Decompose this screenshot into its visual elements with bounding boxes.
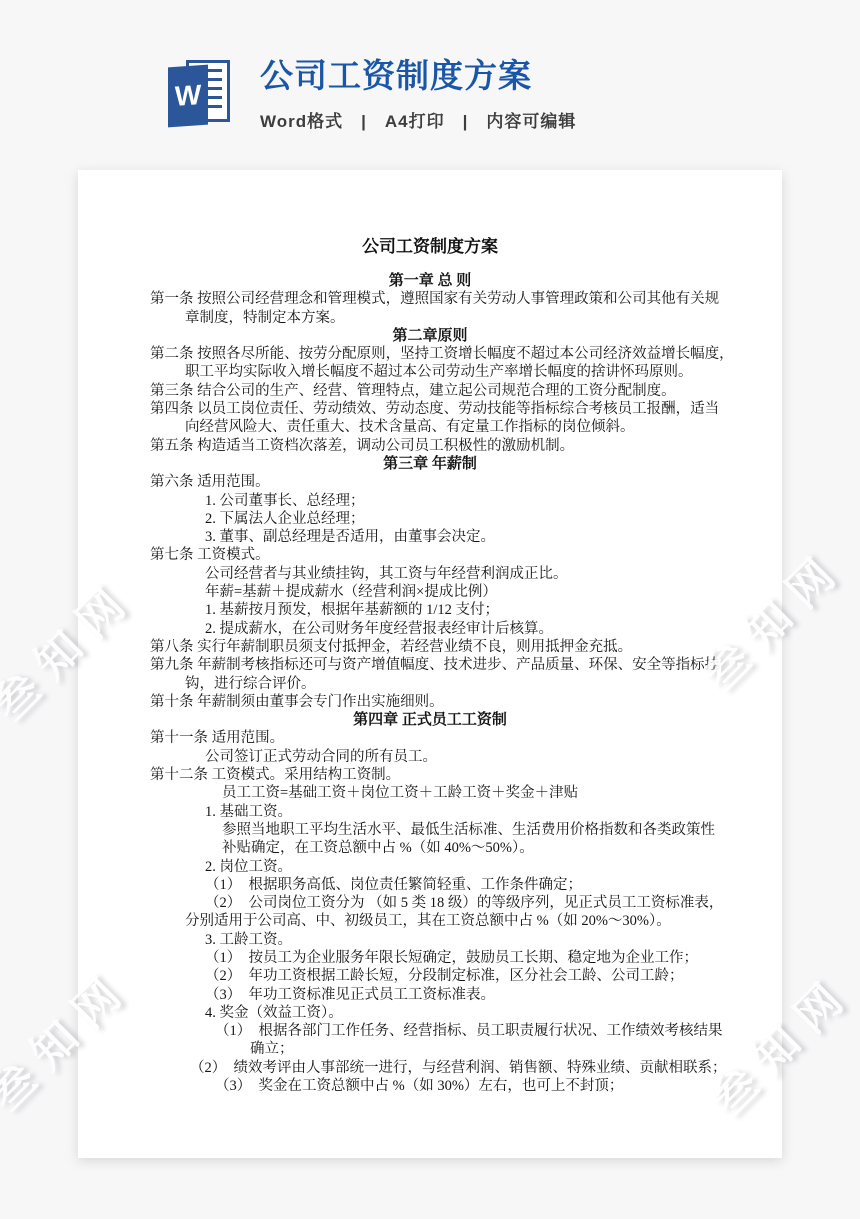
doc-line: 确立； xyxy=(250,1040,782,1058)
doc-line: 2. 下属法人企业总经理； xyxy=(205,510,782,528)
doc-line: 1. 基薪按月预发，根据年基薪额的 1/12 支付； xyxy=(205,601,782,619)
doc-line: 1. 公司董事长、总经理； xyxy=(205,492,782,510)
doc-line: 第十二条 工资模式。采用结构工资制。 xyxy=(150,766,782,784)
doc-line: （3） 奖金在工资总额中占 %（如 30%）左右，也可上不封顶； xyxy=(215,1077,782,1095)
doc-line: 第十一条 适用范围。 xyxy=(150,729,782,747)
document-body: 第一章 总 则第一条 按照公司经营理念和管理模式，遵照国家有关劳动人事管理政策和… xyxy=(78,272,782,1095)
header-text: 公司工资制度方案 Word格式 | A4打印 | 内容可编辑 xyxy=(260,58,576,132)
doc-line: 职工平均实际收入增长幅度不超过本公司劳动生产率增长幅度的捨讲怀玛原则。 xyxy=(185,363,782,381)
doc-line: （1） 根据各部门工作任务、经营指标、员工职责履行状况、工作绩效考核结果 xyxy=(215,1022,782,1040)
header: W 公司工资制度方案 Word格式 | A4打印 | 内容可编辑 xyxy=(168,58,576,132)
doc-line: 分别适用于公司高、中、初级员工，其在工资总额中占 %（如 20%～30%）。 xyxy=(185,912,782,930)
doc-line: 年薪=基薪＋提成薪水（经营利润×提成比例） xyxy=(205,583,782,601)
word-file-icon: W xyxy=(168,58,232,132)
doc-line: 2. 岗位工资。 xyxy=(205,858,782,876)
doc-line: 3. 工龄工资。 xyxy=(205,931,782,949)
doc-line: 钩，进行综合评价。 xyxy=(185,675,782,693)
doc-line: 补贴确定，在工资总额中占 %（如 40%～50%）。 xyxy=(222,839,782,857)
doc-line: 章制度，特制定本方案。 xyxy=(185,309,782,327)
doc-line: （2） 年功工资根据工龄长短，分段制定标准，区分社会工龄、公司工龄； xyxy=(205,967,782,985)
doc-line: 1. 基础工资。 xyxy=(205,803,782,821)
format-info-label: Word格式 | A4打印 | 内容可编辑 xyxy=(260,107,576,132)
chapter-heading: 第四章 正式员工工资制 xyxy=(78,711,782,729)
doc-line: （2） 公司岗位工资分为 （如 5 类 18 级）的等级序列，见正式员工工资标准… xyxy=(205,894,782,912)
doc-line: （3） 年功工资标准见正式员工工资标准表。 xyxy=(205,986,782,1004)
chapter-heading: 第二章原则 xyxy=(78,327,782,345)
doc-line: 第七条 工资模式。 xyxy=(150,546,782,564)
doc-line: 第五条 构造适当工资档次落差，调动公司员工积极性的激励机制。 xyxy=(150,437,782,455)
doc-line: 第十条 年薪制须由董事会专门作出实施细则。 xyxy=(150,693,782,711)
doc-line: 3. 董事、副总经理是否适用，由董事会决定。 xyxy=(205,528,782,546)
doc-line: 第三条 结合公司的生产、经营、管理特点，建立起公司规范合理的工资分配制度。 xyxy=(150,382,782,400)
doc-line: （2） 绩效考评由人事部统一进行，与经营利润、销售额、特殊业绩、贡献相联系； xyxy=(190,1059,782,1077)
doc-line: 第六条 适用范围。 xyxy=(150,473,782,491)
word-icon-flag: W xyxy=(168,65,208,128)
document-page: 公司工资制度方案 第一章 总 则第一条 按照公司经营理念和管理模式，遵照国家有关… xyxy=(78,170,782,1158)
doc-line: 公司经营者与其业绩挂钩，其工资与年经营利润成正比。 xyxy=(205,565,782,583)
doc-line: 参照当地职工平均生活水平、最低生活标准、生活费用价格指数和各类政策性 xyxy=(222,821,782,839)
chapter-heading: 第一章 总 则 xyxy=(78,272,782,290)
doc-line: 第二条 按照各尽所能、按劳分配原则，坚持工资增长幅度不超过本公司经济效益增长幅度… xyxy=(150,345,782,363)
page-title[interactable]: 公司工资制度方案 xyxy=(260,58,576,94)
doc-line: 2. 提成薪水，在公司财务年度经营报表经审计后核算。 xyxy=(205,620,782,638)
doc-line: 第九条 年薪制考核指标还可与资产增值幅度、技术进步、产品质量、环保、安全等指标挂 xyxy=(150,656,782,674)
doc-line: （1） 根据职务高低、岗位责任繁简轻重、工作条件确定； xyxy=(205,876,782,894)
chapter-heading: 第三章 年薪制 xyxy=(78,455,782,473)
word-icon-letter: W xyxy=(175,79,201,113)
doc-line: 4. 奖金（效益工资）。 xyxy=(205,1004,782,1022)
doc-line: （1） 按员工为企业服务年限长短确定，鼓励员工长期、稳定地为企业工作； xyxy=(205,949,782,967)
doc-line: 公司签订正式劳动合同的所有员工。 xyxy=(205,748,782,766)
document-title: 公司工资制度方案 xyxy=(78,232,782,257)
doc-line: 向经营风险大、责任重大、技术含量高、有定量工作指标的岗位倾斜。 xyxy=(185,418,782,436)
doc-line: 第一条 按照公司经营理念和管理模式，遵照国家有关劳动人事管理政策和公司其他有关规 xyxy=(150,290,782,308)
doc-line: 第四条 以员工岗位责任、劳动绩效、劳动态度、劳动技能等指标综合考核员工报酬，适当 xyxy=(150,400,782,418)
doc-line: 员工工资=基础工资＋岗位工资＋工龄工资＋奖金＋津贴 xyxy=(222,784,782,802)
doc-line: 第八条 实行年薪制职员须支付抵押金，若经营业绩不良，则用抵押金充抵。 xyxy=(150,638,782,656)
